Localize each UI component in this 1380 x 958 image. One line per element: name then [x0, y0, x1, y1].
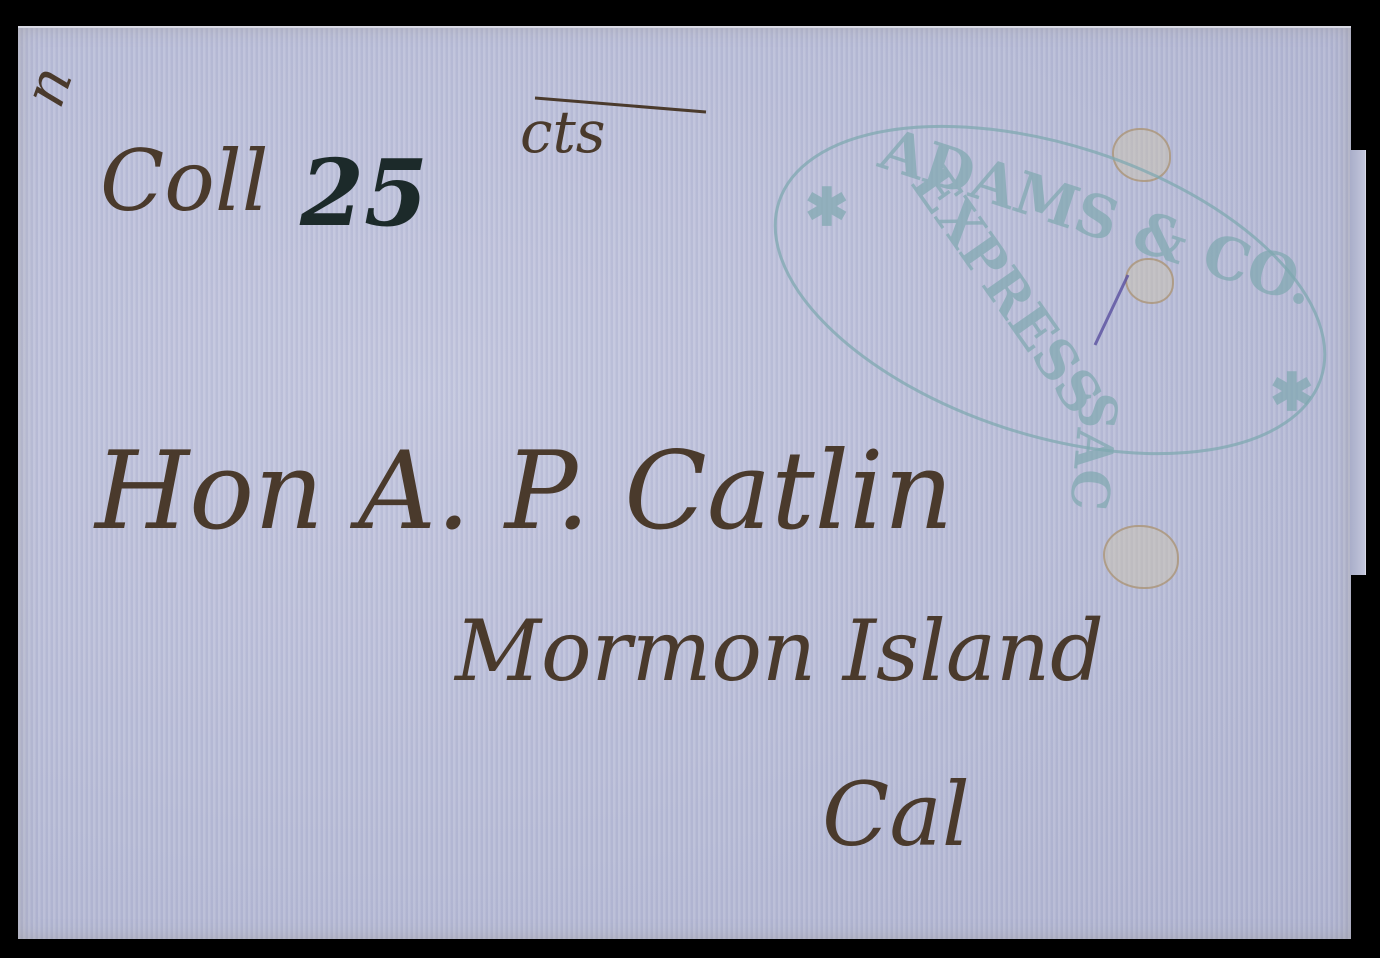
rate-unit: cts [0, 0, 1, 1]
handstamp-line2: EXPRESS [0, 0, 1, 1]
foxing-stain [1125, 258, 1174, 304]
handstamp-line1: ADAMS & CO. [0, 0, 1, 1]
corner-marking: n [0, 0, 1, 1]
rate-amount: 25 [0, 0, 1, 1]
handstamp-line3: SAC [0, 0, 1, 1]
address-state: Cal [0, 0, 1, 1]
address-name: Hon A. P. Catlin [0, 0, 1, 1]
rate-prefix: Coll [0, 0, 1, 1]
foxing-stain [1112, 128, 1171, 182]
paper-top-edge [18, 26, 1351, 28]
fold-flap [1350, 150, 1366, 575]
foxing-stain [1103, 525, 1179, 589]
address-place: Mormon Island [0, 0, 1, 1]
